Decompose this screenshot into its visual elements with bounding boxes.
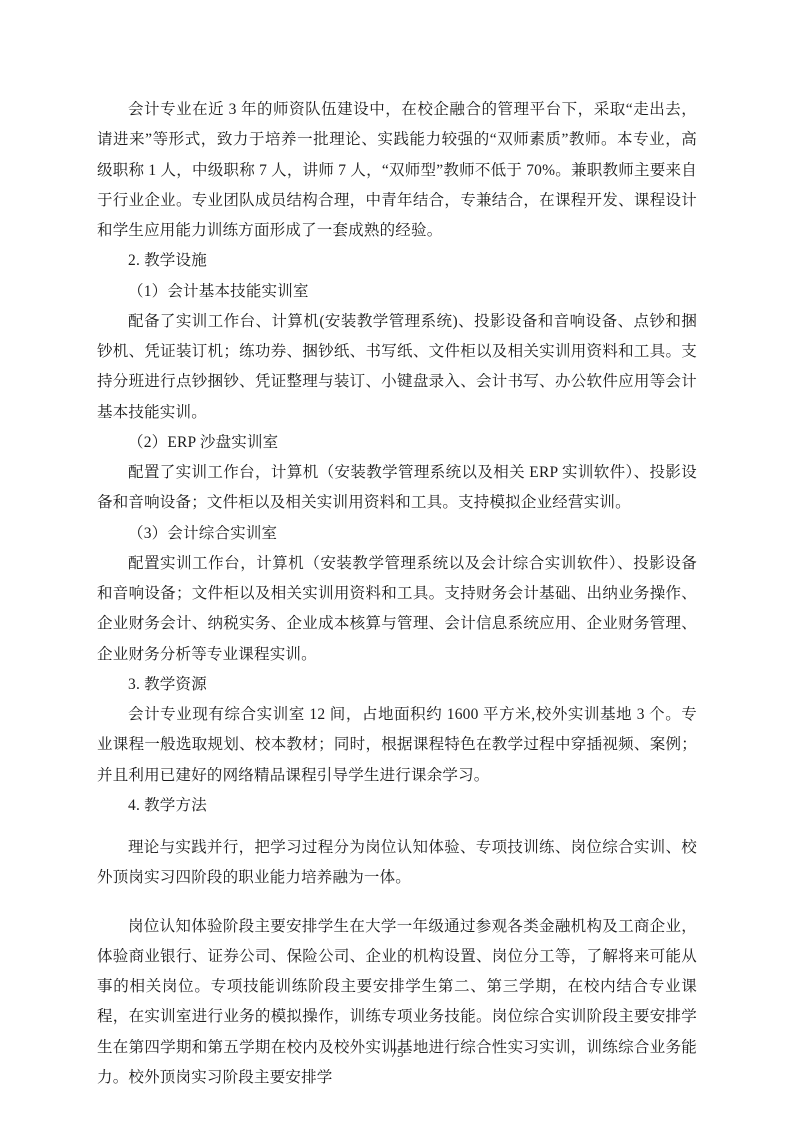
section-heading-teaching-methods: 4. 教学方法 xyxy=(97,791,697,821)
paragraph-teaching-resources: 会计专业现有综合实训室 12 间，占地面积约 1600 平方米,校外实训基地 3… xyxy=(97,700,697,791)
page-number: 75 xyxy=(0,1044,794,1062)
paragraph-erp-sandbox-lab: 配置了实训工作台，计算机（安装教学管理系统以及相关 ERP 实训软件）、投影设备… xyxy=(97,458,697,519)
paragraph-comprehensive-lab: 配置实训工作台，计算机（安装教学管理系统以及会计综合实训软件）、投影设备和音响设… xyxy=(97,549,697,670)
section-heading-teaching-facilities: 2. 教学设施 xyxy=(97,246,697,276)
paragraph-four-stages: 岗位认知体验阶段主要安排学生在大学一年级通过参观各类金融机构及工商企业，体验商业… xyxy=(97,912,697,1094)
paragraph-basic-skills-lab: 配备了实训工作台、计算机(安装教学管理系统)、投影设备和音响设备、点钞和捆钞机、… xyxy=(97,307,697,428)
paragraph-faculty-team: 会计专业在近 3 年的师资队伍建设中，在校企融合的管理平台下，采取“走出去，请进… xyxy=(97,95,697,246)
subheading-basic-skills-lab: （1）会计基本技能实训室 xyxy=(97,277,697,307)
subheading-comprehensive-lab: （3）会计综合实训室 xyxy=(97,519,697,549)
section-heading-teaching-resources: 3. 教学资源 xyxy=(97,670,697,700)
document-page: 会计专业在近 3 年的师资队伍建设中，在校企融合的管理平台下，采取“走出去，请进… xyxy=(0,0,794,1123)
subheading-erp-sandbox-lab: （2）ERP 沙盘实训室 xyxy=(97,428,697,458)
paragraph-theory-practice: 理论与实践并行，把学习过程分为岗位认知体验、专项技训练、岗位综合实训、校外顶岗实… xyxy=(97,833,697,894)
